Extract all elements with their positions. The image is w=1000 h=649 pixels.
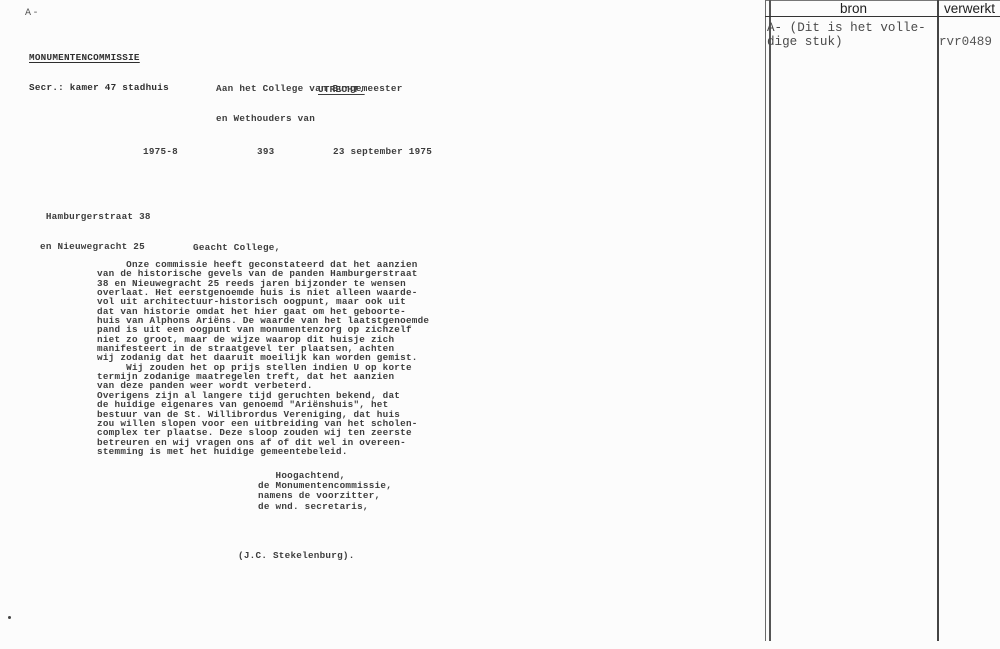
reference-number: 393 bbox=[257, 147, 275, 156]
text-line: A- (Dit is het volle- bbox=[767, 22, 926, 36]
text-line: de wnd. secretaris, bbox=[258, 502, 392, 512]
column-header-verwerkt: verwerkt bbox=[944, 1, 995, 16]
closing-block: Hoogachtend,de Monumentencommissie,namen… bbox=[258, 471, 392, 512]
table-left-outer-rule bbox=[765, 0, 766, 641]
recipient-address: Aan het College van Burgemeester en Weth… bbox=[216, 64, 403, 144]
text-line: stemming is met het huidige gemeentebele… bbox=[97, 447, 429, 456]
reference-dossier: 1975-8 bbox=[143, 147, 178, 156]
org-secretary: Secr.: kamer 47 stadhuis bbox=[29, 83, 169, 93]
subject-line-1: Hamburgerstraat 38 bbox=[40, 212, 151, 222]
column-header-bron: bron bbox=[770, 1, 937, 16]
recipient-city: UTRECHT. bbox=[318, 85, 365, 94]
verwerkt-code: rvr0489 bbox=[939, 36, 992, 50]
table-column-separator bbox=[937, 0, 939, 641]
signature: (J.C. Stekelenburg). bbox=[238, 551, 355, 560]
text-line: dige stuk) bbox=[767, 36, 926, 50]
bron-note: A- (Dit is het volle-dige stuk) bbox=[767, 22, 926, 49]
org-name: MONUMENTENCOMMISSIE bbox=[29, 53, 169, 63]
letterhead: MONUMENTENCOMMISSIE Secr.: kamer 47 stad… bbox=[29, 33, 169, 113]
letter-date: 23 september 1975 bbox=[333, 147, 432, 156]
page-mark: A- bbox=[25, 9, 40, 18]
subject-line-2: en Nieuwegracht 25 bbox=[40, 242, 151, 252]
recipient-line-2: en Wethouders van bbox=[216, 114, 403, 124]
letter-body: Onze commissie heeft geconstateerd dat h… bbox=[97, 260, 429, 456]
salutation: Geacht College, bbox=[193, 243, 280, 252]
recipient-line-1: Aan het College van Burgemeester bbox=[216, 84, 403, 94]
table-left-inner-rule bbox=[769, 0, 771, 641]
scan-artifact-dot bbox=[8, 616, 11, 619]
